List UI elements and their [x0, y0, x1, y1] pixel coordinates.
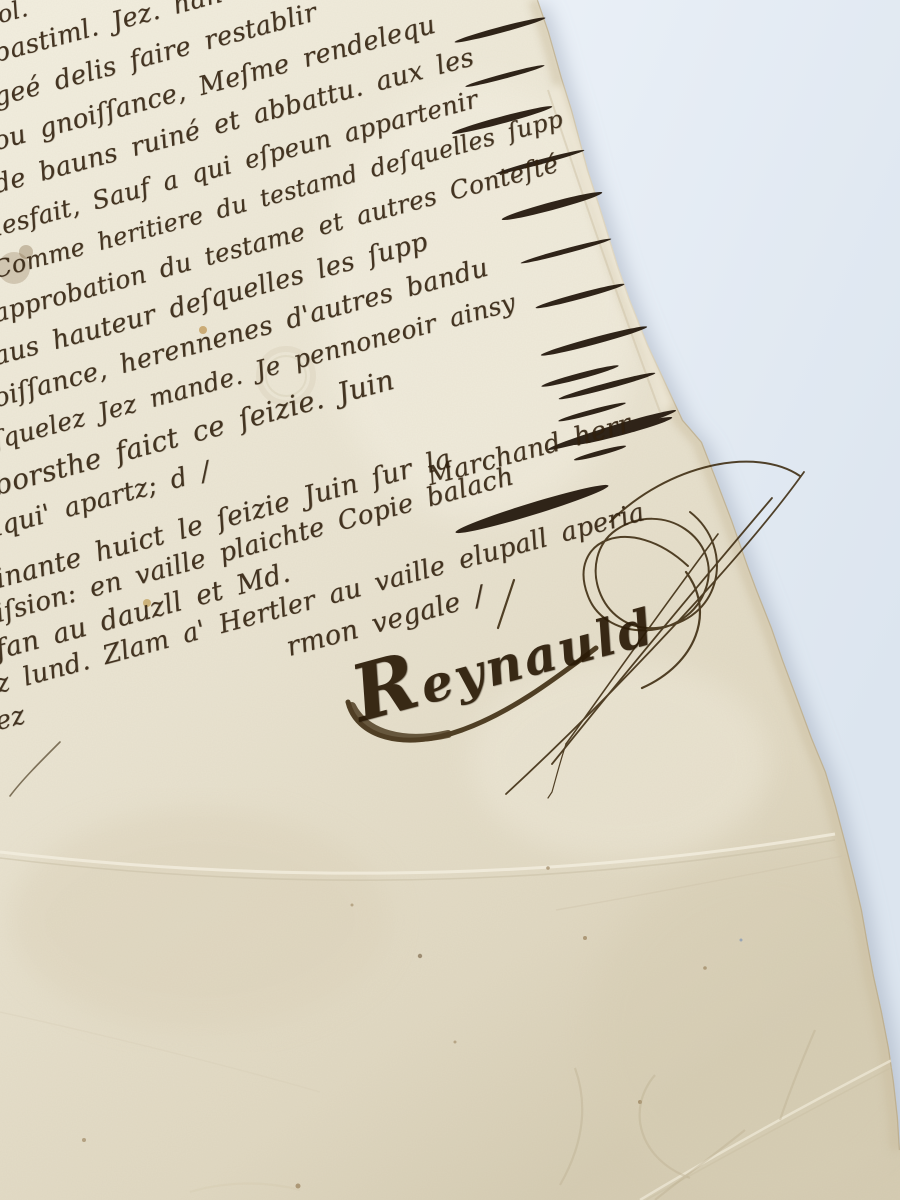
- signature-name: Reynauld: [342, 572, 663, 740]
- manuscript-line: ez: [0, 700, 28, 737]
- manuscript-line: ol.: [0, 0, 31, 29]
- handwriting-layer: ol. bastiml. Jez. han tau geé delis fair…: [0, 0, 900, 1200]
- photo-of-manuscript: ol. bastiml. Jez. han tau geé delis fair…: [0, 0, 900, 1200]
- manuscript-annotation-marchand: Marchand herr: [424, 409, 635, 492]
